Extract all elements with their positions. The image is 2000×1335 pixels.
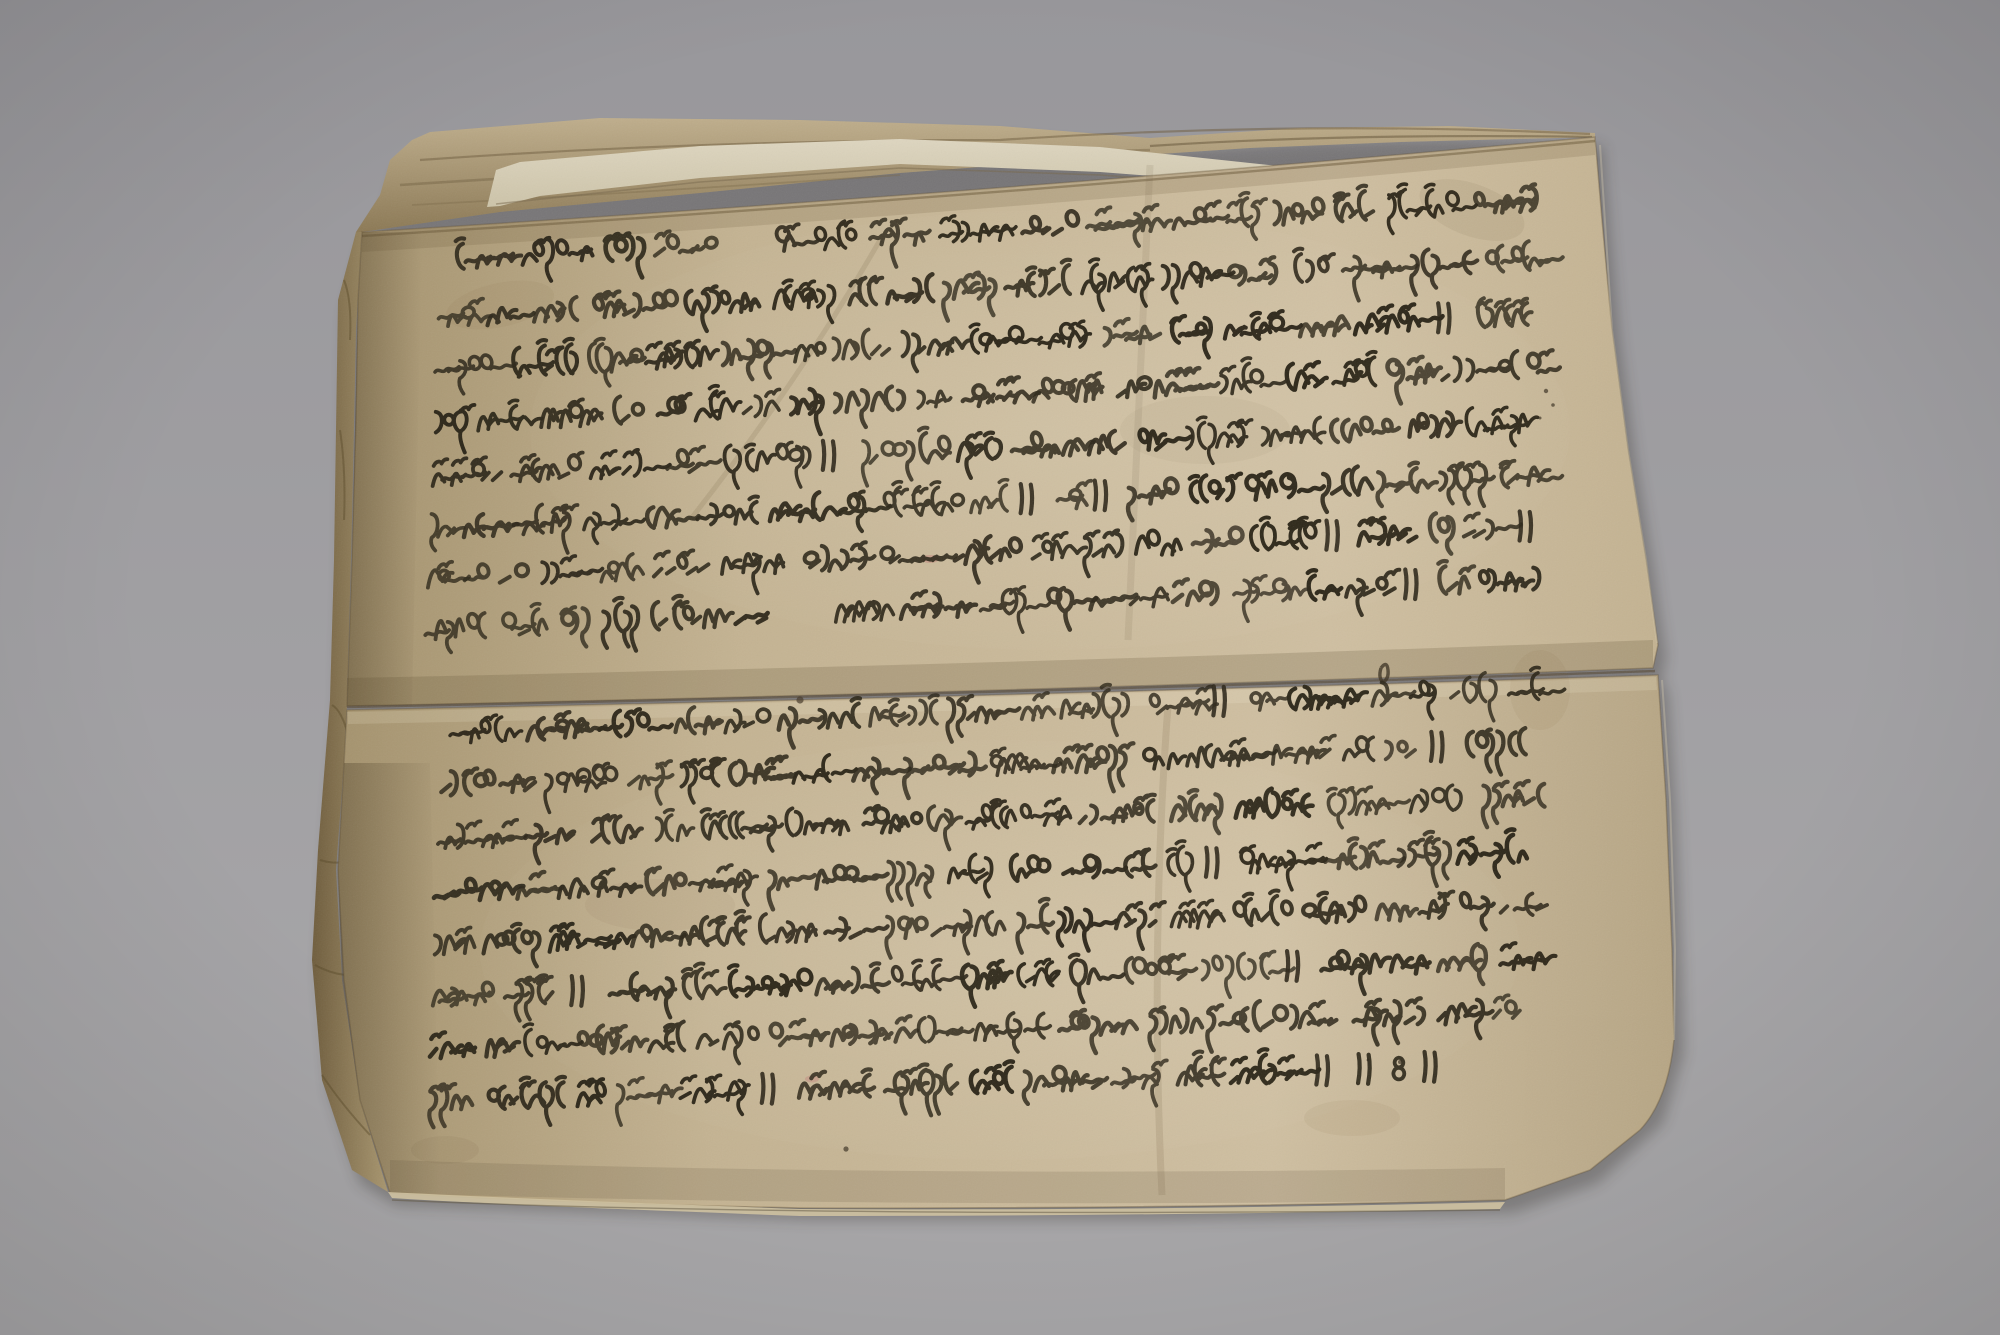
manuscript-photo bbox=[0, 0, 2000, 1335]
paper-grain-texture bbox=[300, 90, 1700, 1230]
manuscript-scene bbox=[0, 0, 2000, 1335]
